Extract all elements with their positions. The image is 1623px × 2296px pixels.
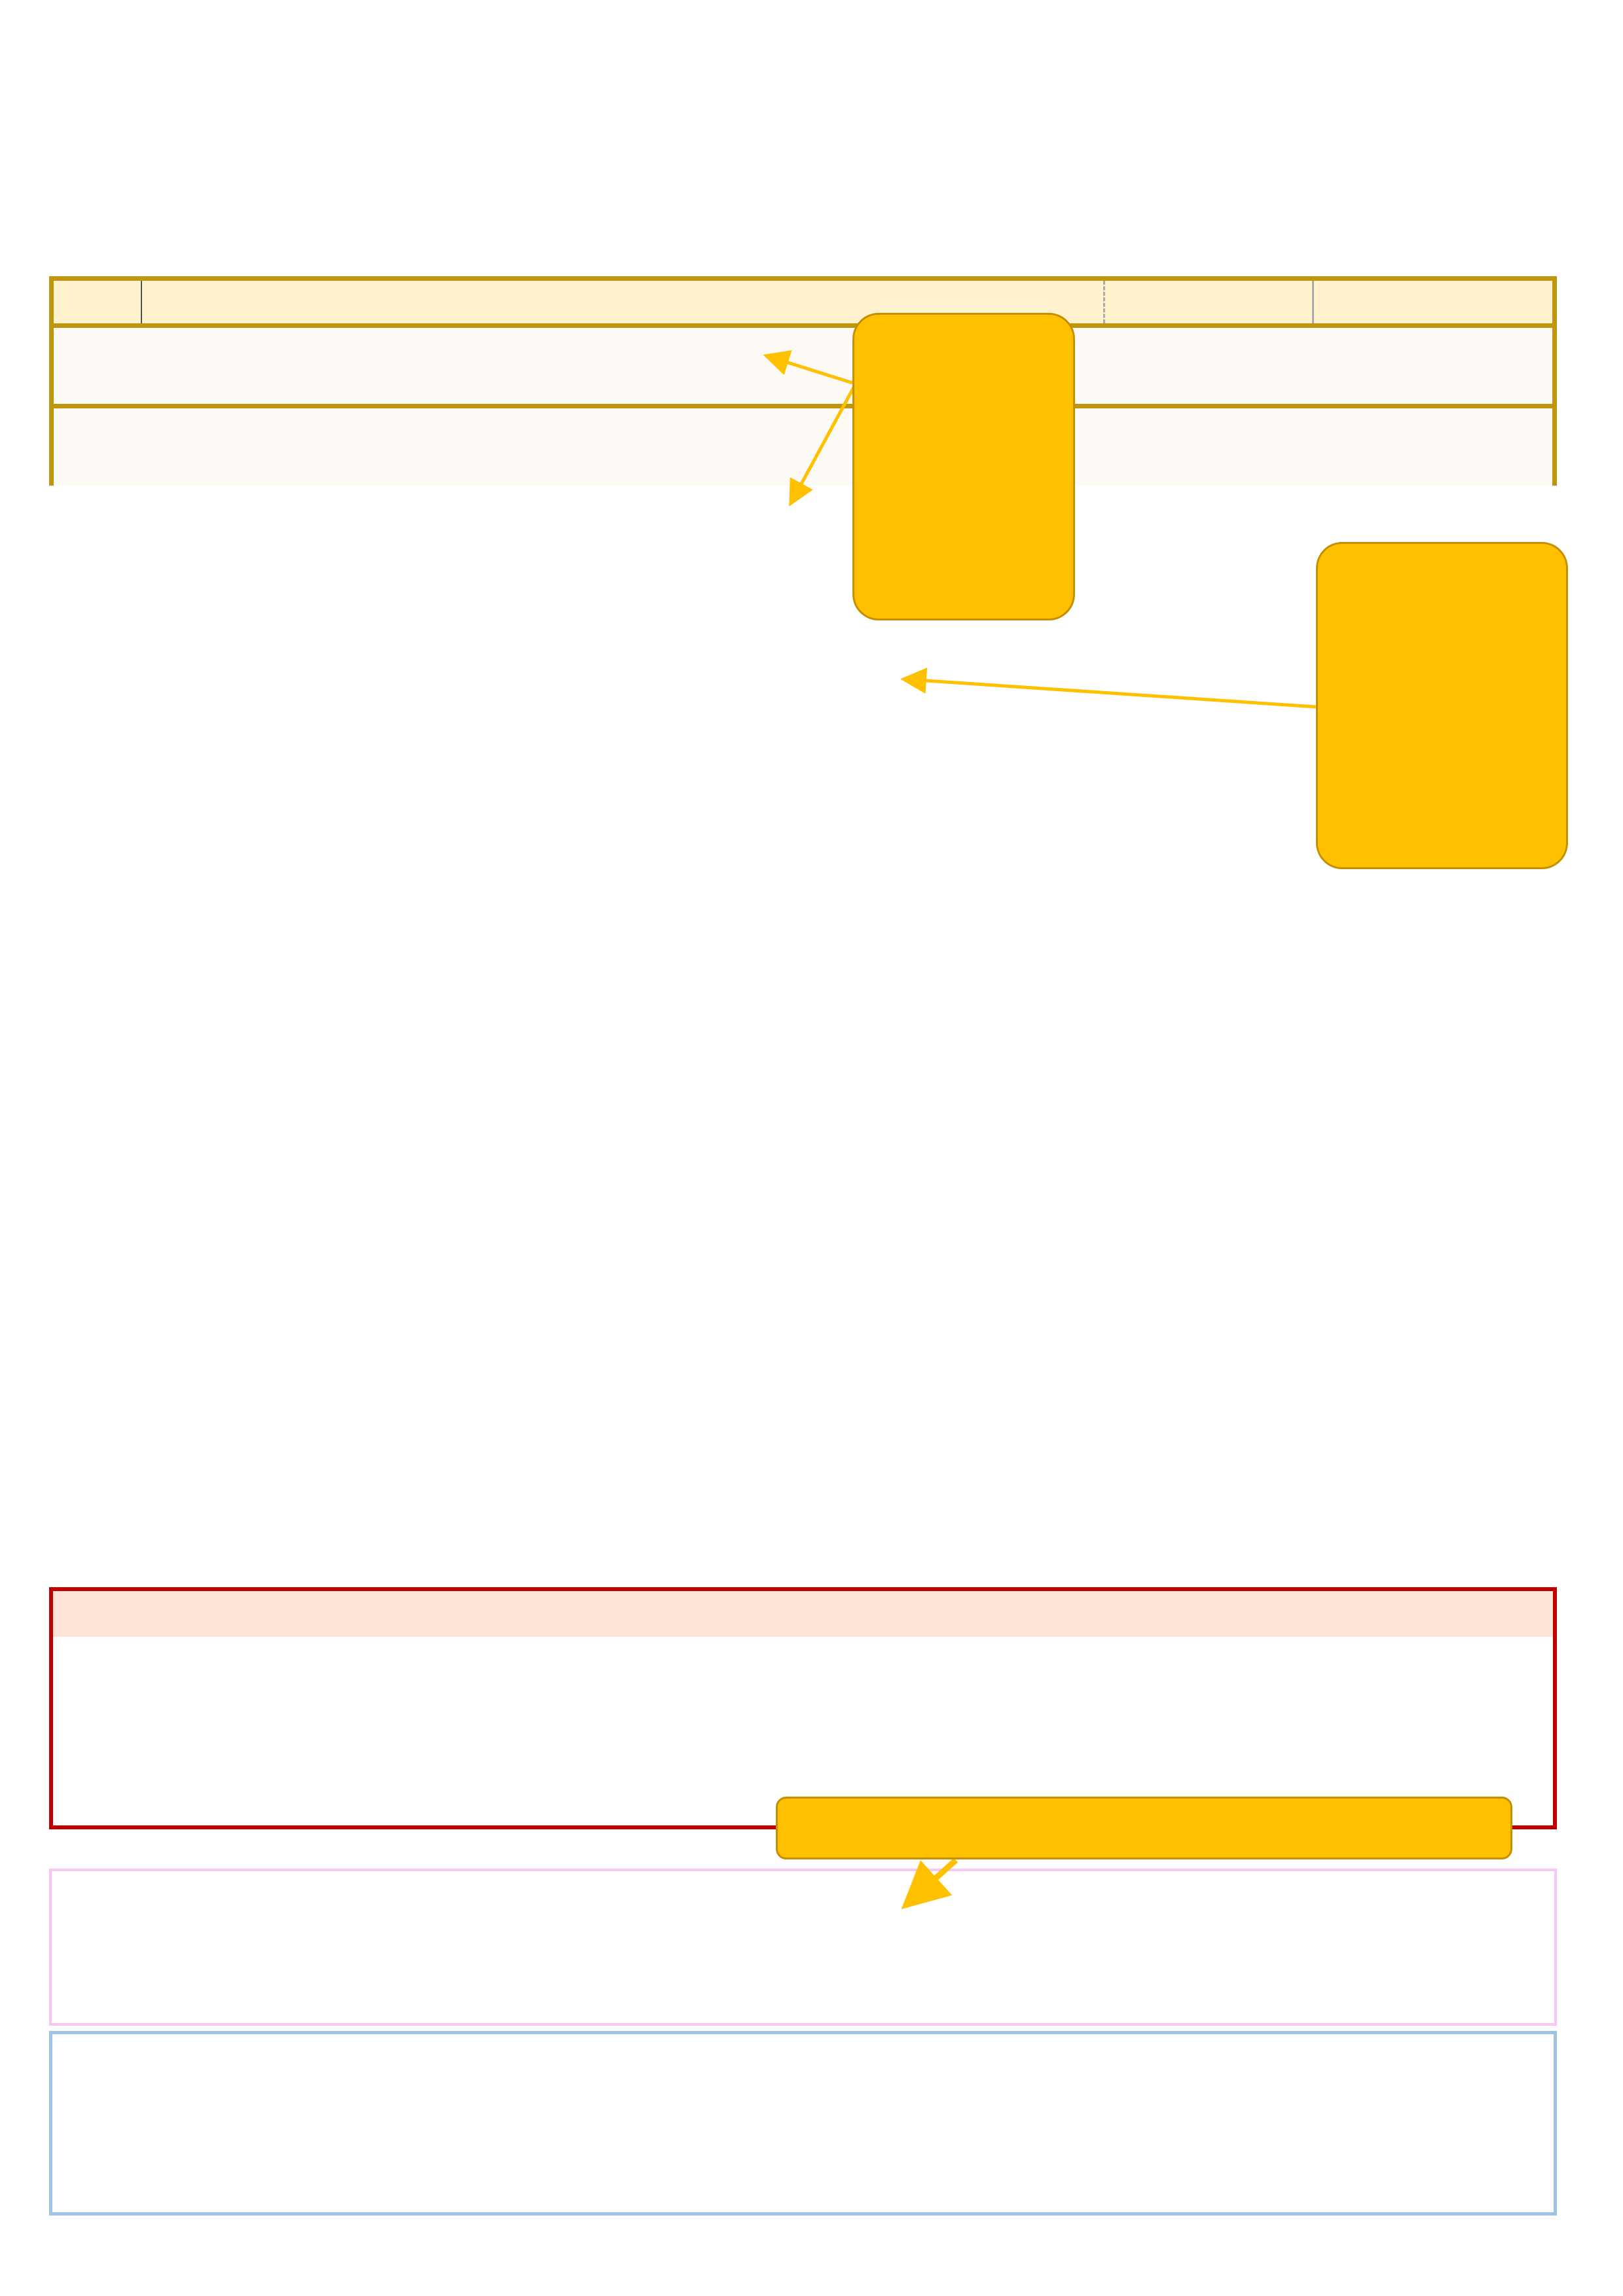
results-box [49, 1869, 1557, 2026]
issues-box [49, 2031, 1557, 2215]
midterm-goal-label [54, 408, 142, 486]
annual-goal-body [53, 1637, 1553, 1642]
midterm-goal-2 [54, 404, 1552, 486]
midterm-goal-text [142, 408, 155, 486]
arrow-to-july-lesson [907, 679, 1316, 707]
table-header-row [54, 281, 1552, 323]
column-header-related-events [1312, 281, 1552, 323]
callout-leader-sharing [852, 313, 1075, 620]
midterm-goal-1 [54, 323, 1552, 404]
training-schedule-table [49, 276, 1557, 486]
callout-lesson-integration [1316, 542, 1568, 869]
annual-goal-box [49, 1587, 1557, 1829]
midterm-goal-text [142, 328, 155, 404]
callout-continued-use [776, 1797, 1512, 1859]
column-header-month [54, 281, 142, 323]
column-header-person-in-charge [1103, 281, 1312, 323]
midterm-goal-label [54, 328, 142, 404]
annual-goal-heading [53, 1591, 1553, 1637]
